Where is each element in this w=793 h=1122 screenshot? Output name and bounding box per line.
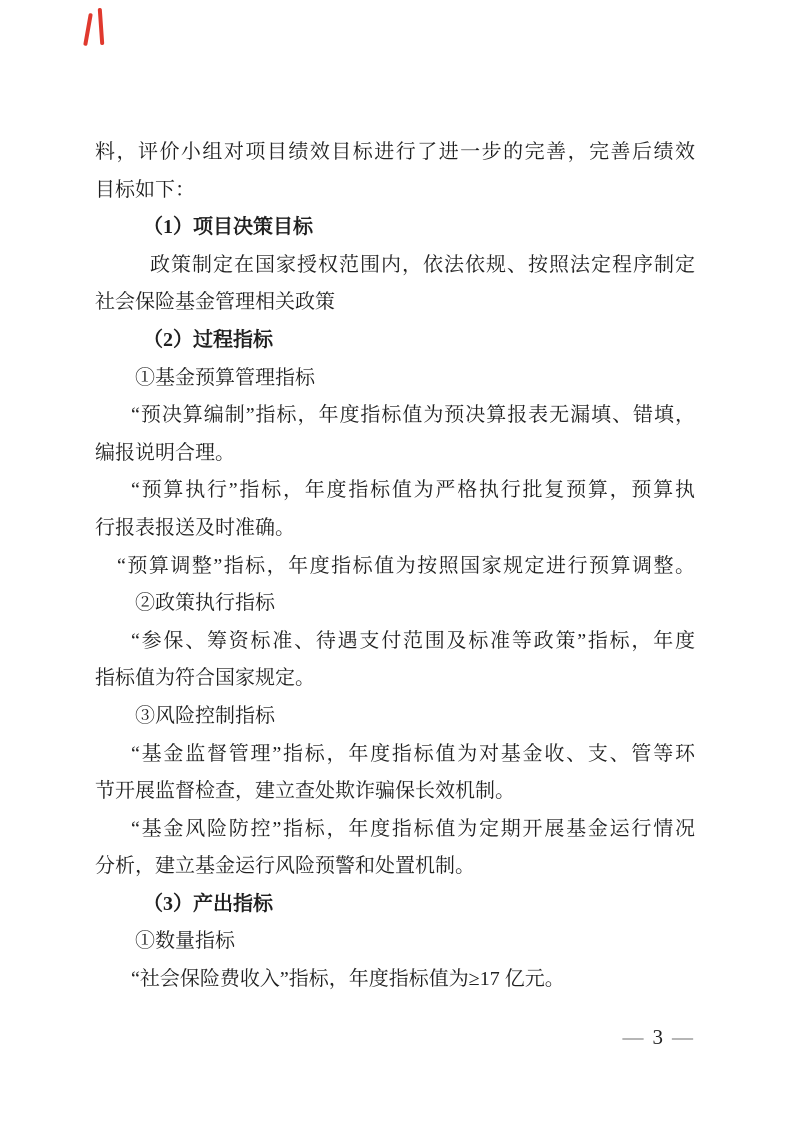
footer-dash-right: —	[672, 1026, 693, 1048]
document-body: 料，评价小组对项目绩效目标进行了进一步的完善，完善后绩效 目标如下： （1）项目…	[95, 134, 695, 999]
text-line: 分析，建立基金运行风险预警和处置机制。	[95, 848, 695, 886]
text-line: “预算调整”指标，年度指标值为按照国家规定进行预算调整。	[95, 548, 695, 586]
text-line: “基金监督管理”指标，年度指标值为对基金收、支、管等环	[95, 736, 695, 774]
text-line: ②政策执行指标	[95, 585, 695, 623]
text-line: ①基金预算管理指标	[95, 360, 695, 398]
text-line: 节开展监督检查，建立查处欺诈骗保长效机制。	[95, 773, 695, 811]
text-line: 料，评价小组对项目绩效目标进行了进一步的完善，完善后绩效	[95, 134, 695, 172]
footer-dash-left: —	[623, 1026, 644, 1048]
text-line: 社会保险基金管理相关政策	[95, 284, 695, 322]
text-line: “社会保险费收入”指标，年度指标值为≥17 亿元。	[95, 961, 695, 999]
red-scan-artifact	[84, 6, 110, 52]
text-line: ③风险控制指标	[95, 698, 695, 736]
text-line: ①数量指标	[95, 923, 695, 961]
text-line: “预算执行”指标，年度指标值为严格执行批复预算，预算执	[95, 472, 695, 510]
text-line: “参保、筹资标准、待遇支付范围及标准等政策”指标，年度	[95, 623, 695, 661]
text-line: 政策制定在国家授权范围内，依法依规、按照法定程序制定	[95, 247, 695, 285]
text-line: “基金风险防控”指标，年度指标值为定期开展基金运行情况	[95, 811, 695, 849]
document-page: 料，评价小组对项目绩效目标进行了进一步的完善，完善后绩效 目标如下： （1）项目…	[0, 0, 793, 1122]
text-line: 行报表报送及时准确。	[95, 510, 695, 548]
section-heading: （2）过程指标	[95, 322, 695, 360]
red-pen-stroke	[98, 8, 105, 45]
red-pen-stroke	[83, 13, 93, 46]
section-heading: （3）产出指标	[95, 886, 695, 924]
section-heading: （1）项目决策目标	[95, 209, 695, 247]
page-number: 3	[653, 1026, 664, 1048]
text-line: 指标值为符合国家规定。	[95, 660, 695, 698]
page-footer: — 3 —	[623, 1026, 694, 1048]
text-line: “预决算编制”指标，年度指标值为预决算报表无漏填、错填，	[95, 397, 695, 435]
text-line: 目标如下：	[95, 172, 695, 210]
text-line: 编报说明合理。	[95, 435, 695, 473]
